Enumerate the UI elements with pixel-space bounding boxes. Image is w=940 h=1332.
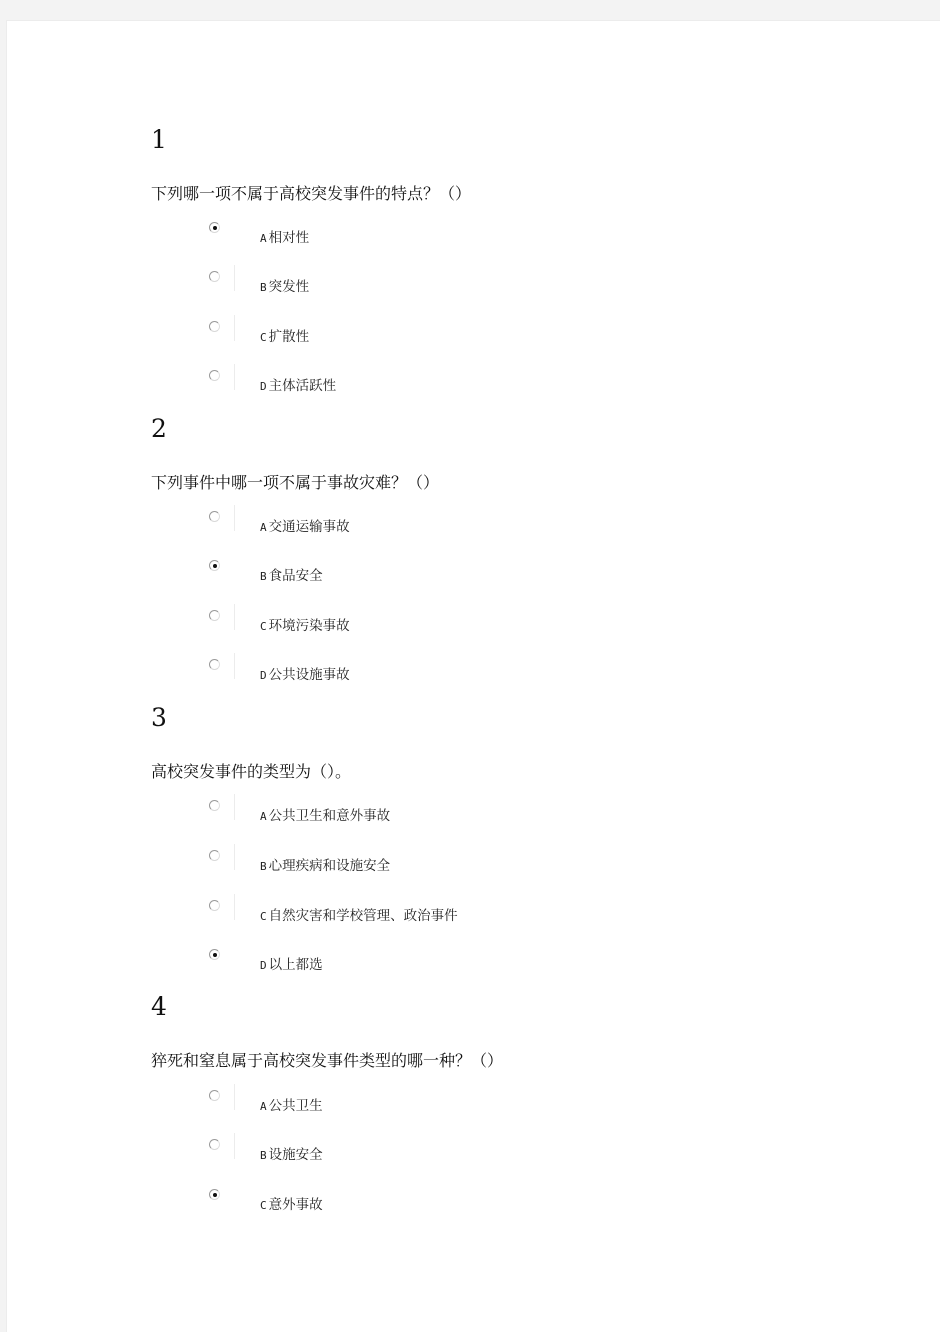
option-c[interactable]: C意外事故	[209, 1189, 709, 1229]
option-b[interactable]: B食品安全	[209, 560, 709, 600]
separator	[234, 794, 235, 820]
option-a[interactable]: A公共卫生	[209, 1090, 709, 1130]
separator	[234, 894, 235, 920]
separator	[234, 604, 235, 630]
option-label: B设施安全	[260, 1146, 323, 1165]
option-label: B食品安全	[260, 567, 323, 586]
option-label: A相对性	[260, 229, 309, 248]
question-text: 猝死和窒息属于高校突发事件类型的哪一种？（）	[151, 1050, 503, 1072]
radio-icon[interactable]	[209, 850, 220, 861]
option-label: A交通运输事故	[260, 518, 350, 537]
option-b[interactable]: B突发性	[209, 271, 709, 311]
separator	[234, 265, 235, 291]
radio-icon[interactable]	[209, 321, 220, 332]
radio-icon[interactable]	[209, 800, 220, 811]
option-c[interactable]: C自然灾害和学校管理、政治事件	[209, 900, 709, 940]
option-label: C扩散性	[260, 328, 309, 347]
radio-icon[interactable]	[209, 370, 220, 381]
option-d[interactable]: D主体活跃性	[209, 370, 709, 410]
radio-icon[interactable]	[209, 1090, 220, 1101]
option-label: A公共卫生	[260, 1097, 323, 1116]
radio-icon[interactable]	[209, 900, 220, 911]
option-label: C意外事故	[260, 1196, 323, 1215]
radio-icon[interactable]	[209, 271, 220, 282]
option-c[interactable]: C环境污染事故	[209, 610, 709, 650]
question-text: 高校突发事件的类型为（）。	[151, 761, 351, 783]
radio-icon[interactable]	[209, 659, 220, 670]
separator	[234, 1133, 235, 1159]
question-number: 1	[151, 125, 167, 155]
question-text: 下列哪一项不属于高校突发事件的特点？（）	[151, 183, 471, 205]
radio-selected-icon[interactable]	[209, 560, 220, 571]
separator	[234, 364, 235, 390]
option-label: B心理疾病和设施安全	[260, 857, 390, 876]
radio-icon[interactable]	[209, 610, 220, 621]
separator	[234, 844, 235, 870]
option-label: D以上都选	[260, 956, 323, 975]
radio-selected-icon[interactable]	[209, 222, 220, 233]
radio-selected-icon[interactable]	[209, 1189, 220, 1200]
question-number: 2	[151, 414, 167, 444]
separator	[234, 505, 235, 531]
option-label: B突发性	[260, 278, 309, 297]
separator	[234, 1084, 235, 1110]
separator	[234, 315, 235, 341]
option-label: A公共卫生和意外事故	[260, 807, 390, 826]
question-number: 3	[151, 703, 167, 733]
option-label: D公共设施事故	[260, 666, 350, 685]
option-d[interactable]: D公共设施事故	[209, 659, 709, 699]
option-a[interactable]: A交通运输事故	[209, 511, 709, 551]
separator	[234, 653, 235, 679]
question-number: 4	[151, 992, 167, 1022]
radio-selected-icon[interactable]	[209, 949, 220, 960]
option-c[interactable]: C扩散性	[209, 321, 709, 361]
option-b[interactable]: B设施安全	[209, 1139, 709, 1179]
option-a[interactable]: A公共卫生和意外事故	[209, 800, 709, 840]
document-page: 1 下列哪一项不属于高校突发事件的特点？（） A相对性 B突发性 C扩散性 D主…	[6, 20, 940, 1332]
option-b[interactable]: B心理疾病和设施安全	[209, 850, 709, 890]
option-label: C环境污染事故	[260, 617, 350, 636]
radio-icon[interactable]	[209, 511, 220, 522]
option-label: D主体活跃性	[260, 377, 336, 396]
option-d[interactable]: D以上都选	[209, 949, 709, 989]
option-a[interactable]: A相对性	[209, 222, 709, 262]
option-label: C自然灾害和学校管理、政治事件	[260, 907, 458, 926]
question-text: 下列事件中哪一项不属于事故灾难？（）	[151, 472, 439, 494]
radio-icon[interactable]	[209, 1139, 220, 1150]
